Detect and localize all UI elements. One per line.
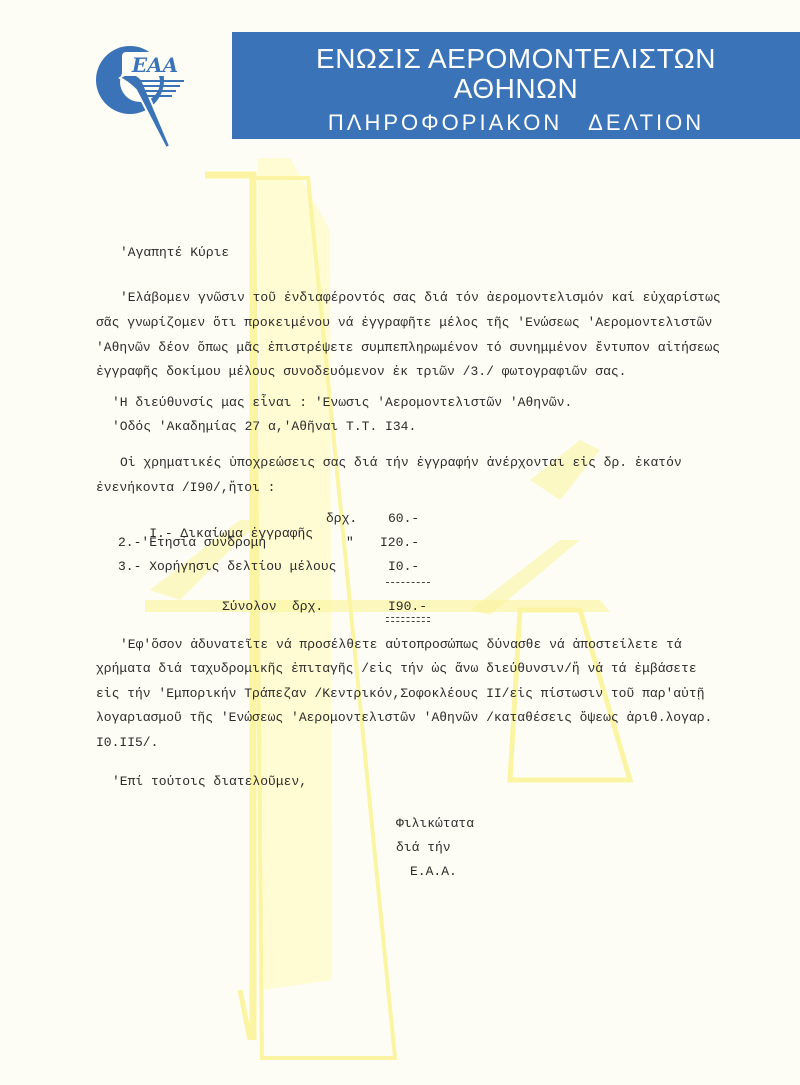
fee-label: 3.- Χορήγησις δελτίου μέλους (118, 559, 336, 574)
svg-text:ΕΑΑ: ΕΑΑ (131, 53, 178, 77)
paragraph-line: 'Ελάβομεν γνῶσιν τοῦ ἐνδιαφέροντός σας δ… (120, 286, 721, 309)
paragraph-line: χρήματα διά ταχυδρομικῆς ἐπιταγῆς /εἰς τ… (96, 657, 697, 680)
total-underline (386, 621, 430, 622)
sum-divider (386, 582, 430, 583)
total-amount: Ι90.- (388, 599, 427, 614)
fee-amount: 60.- (388, 511, 419, 526)
fees-intro-line: Οἱ χρηματικές ὑποχρεώσεις σας διά τήν ἐγ… (120, 451, 682, 474)
bulletin-subtitle: ΠΛΗΡΟΦΟΡΙΑΚΟΝ ΔΕΛΤΙΟΝ (232, 110, 800, 136)
paragraph-line: 'Εφ'ὅσον ἀδυνατεῖτε νά προσέλθετε αὐτοπρ… (120, 633, 682, 656)
fee-unit: δρχ. (326, 511, 357, 526)
paragraph-line: λογαριασμοῦ τῆς 'Ενώσεως 'Αερομοντελιστῶ… (96, 706, 712, 729)
eaa-logo: ΕΑΑ (92, 38, 192, 150)
paragraph-line: εἰς τήν 'Εμπορικήν Τράπεζαν /Κεντρικόν,Σ… (96, 682, 705, 705)
fee-amount: Ι20.- (380, 535, 419, 550)
signature-line: διά τήν (396, 836, 451, 859)
paragraph-line: 'Αθηνῶν δέον ὅπως μᾶς ἐπιστρέψετε συμπεπ… (96, 336, 720, 359)
salutation: 'Αγαπητέ Κύριε (120, 241, 229, 264)
fee-amount: Ι0.- (388, 559, 419, 574)
fee-label: 2.-'Ετησία συνδρομή (118, 535, 266, 550)
paragraph-line: ἐγγραφῆς δοκίμου μέλους συνοδευόμενον ἐκ… (96, 360, 627, 383)
address-line: 'Οδός 'Ακαδημίας 27 α,'Αθῆναι Τ.Τ. Ι34. (112, 415, 416, 438)
header-banner: ΕΝΩΣΙΣ ΑΕΡΟΜΟΝΤΕΛΙΣΤΩΝ ΑΘΗΝΩΝ ΠΛΗΡΟΦΟΡΙΑ… (232, 32, 800, 139)
fee-unit: " (346, 535, 354, 550)
signature-line: Ε.Α.Α. (410, 860, 457, 883)
total-unit: δρχ. (292, 599, 323, 614)
eaa-emblem-icon: ΕΑΑ (92, 38, 192, 150)
total-underline (386, 617, 430, 618)
signature-line: Φιλικώτατα (396, 812, 474, 835)
paragraph-line: Ι0.ΙΙ5/. (96, 731, 158, 754)
closing-line: 'Επί τούτοις διατελοῦμεν, (112, 770, 307, 793)
total-label: Σύνολον (222, 599, 277, 614)
address-line: 'Η διεύθυνσίς μας εἶναι : 'Ενωσις 'Αερομ… (112, 391, 572, 414)
fees-intro-line: ἐνενήκοντα /Ι90/,ἤτοι : (96, 476, 275, 499)
org-title-line2: ΑΘΗΝΩΝ (232, 74, 800, 104)
org-title-line1: ΕΝΩΣΙΣ ΑΕΡΟΜΟΝΤΕΛΙΣΤΩΝ (232, 44, 800, 74)
paragraph-line: σᾶς γνωρίζομεν ὅτι προκειμένου νά ἐγγραφ… (96, 311, 712, 334)
